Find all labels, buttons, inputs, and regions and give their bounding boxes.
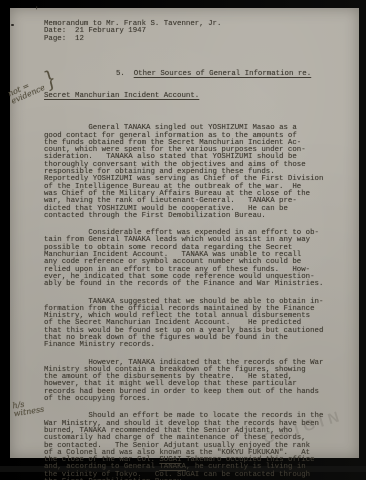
paragraph-1: General TANAKA singled out YOSHIZUMI Mas…	[44, 125, 351, 220]
paragraph-4: However, TANAKA indicated that the recor…	[44, 360, 351, 404]
handwritten-margin-note-bottom: h/s witness	[12, 398, 45, 419]
handwritten-note-text: not = evidence	[7, 76, 46, 105]
section-title-part2: Secret Manchurian Incident Account.	[44, 92, 199, 100]
stray-mark: '	[34, 8, 39, 15]
section-heading: 5. Other Sources of General Information …	[44, 57, 351, 115]
section-heading-line2: Secret Manchurian Incident Account.	[44, 93, 351, 100]
memo-date-line: Date: 21 February 1947	[44, 28, 351, 35]
memo-page-line: Page: 12	[44, 36, 351, 43]
section-number: 5.	[116, 70, 134, 78]
paragraph-2: Considerable effort was expended in an e…	[44, 230, 351, 288]
ink-speck	[11, 24, 14, 26]
section-title-part1: Other Sources of General Information re.	[134, 70, 311, 78]
handwritten-note-line: witness	[13, 406, 45, 419]
paragraph-3: TANAKA suggested that we should be able …	[44, 299, 351, 350]
section-heading-line1: 5. Other Sources of General Information …	[44, 71, 351, 78]
memo-header: Memorandum to Mr. Frank S. Tavenner, Jr.…	[44, 21, 351, 43]
scan-background: ' Memorandum to Mr. Frank S. Tavenner, J…	[0, 0, 366, 480]
document-page: ' Memorandum to Mr. Frank S. Tavenner, J…	[10, 8, 359, 458]
